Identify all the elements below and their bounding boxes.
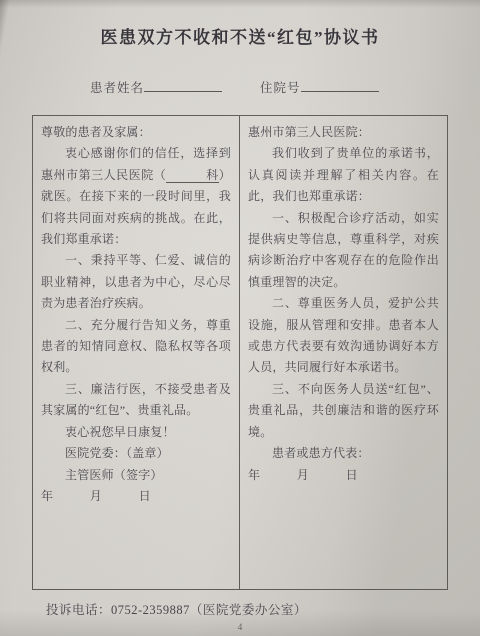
right-date-line: 年 月 日 [248,465,439,486]
left-item-3: 三、廉洁行医，不接受患者及其家属的“红包”、贵重礼品。 [41,379,231,422]
patient-name-label: 患者姓名 [90,81,144,95]
admission-no-label: 住院号 [260,81,301,95]
page-title: 医患双方不收和不送“红包”协议书 [0,0,480,48]
agreement-table: 尊敬的患者及家属： 衷心感谢你们的信任，选择到惠州市第三人民医院（科）就医。在接… [32,115,448,590]
left-date-line: 年 月 日 [41,486,231,507]
admission-no-field: 住院号 [260,81,379,95]
department-blank: 科 [166,168,219,183]
header-fields: 患者姓名住院号 [90,78,480,96]
right-item-1: 一、积极配合诊疗活动，如实提供病史等信息，尊重科学，对疾病诊断治疗中客观存在的危… [248,208,439,294]
doctor-signature-line: 主管医师（签字） [41,465,231,486]
right-intro-paragraph: 我们收到了贵单位的承诺书，认真阅读并理解了相关内容。在此，我们也郑重承诺： [248,143,439,207]
right-salutation: 惠州市第三人民医院： [248,122,439,143]
right-item-2: 二、尊重医务人员，爱护公共设施，服从管理和安排。患者本人或患方代表要有效沟通协调… [248,293,439,379]
document-photo: 医患双方不收和不送“红包”协议书 患者姓名住院号 尊敬的患者及家属： 衷心感谢你… [0,0,480,636]
admission-no-blank [301,78,379,92]
left-intro-paragraph: 衷心感谢你们的信任，选择到惠州市第三人民医院（科）就医。在接下来的一段时间里，我… [41,143,231,250]
page-number: 4 [0,622,480,632]
hospital-commitment-column: 尊敬的患者及家属： 衷心感谢你们的信任，选择到惠州市第三人民医院（科）就医。在接… [33,116,240,589]
left-item-1: 一、秉持平等、仁爱、诚信的职业精神，以患者为中心，尽心尽责为患者治疗疾病。 [41,250,231,314]
left-item-2: 二、充分履行告知义务，尊重患者的知情同意权、隐私权等各项权利。 [41,315,231,379]
patient-name-blank [144,78,222,92]
patient-representative-line: 患者或患方代表： [248,443,439,464]
complaint-phone-line: 投诉电话：0752-2359887（医院党委办公室） [46,600,480,618]
left-salutation: 尊敬的患者及家属： [41,122,231,143]
hospital-seal-line: 医院党委：（盖章） [41,443,231,464]
patient-name-field: 患者姓名 [90,81,222,95]
right-item-3: 三、不向医务人员送“红包”、贵重礼品，共创廉洁和谐的医疗环境。 [248,379,439,443]
patient-commitment-column: 惠州市第三人民医院： 我们收到了贵单位的承诺书，认真阅读并理解了相关内容。在此，… [240,116,447,589]
left-wish-line: 衷心祝您早日康复！ [41,422,231,443]
